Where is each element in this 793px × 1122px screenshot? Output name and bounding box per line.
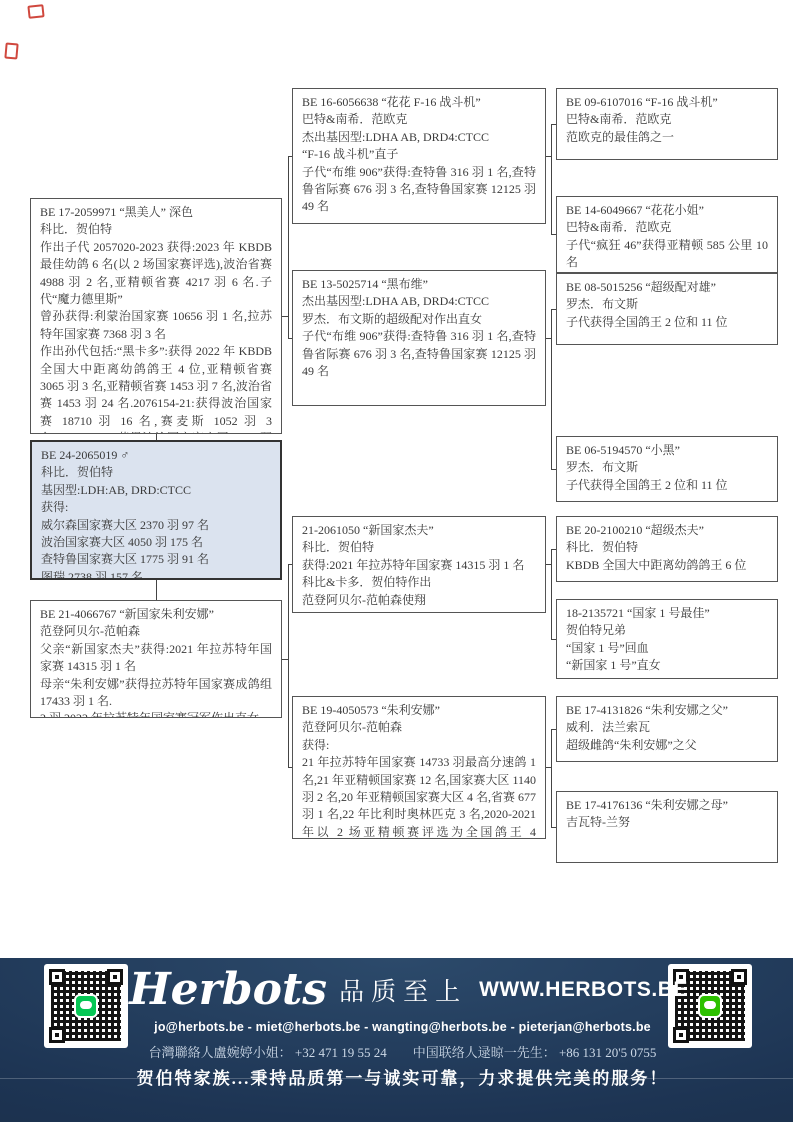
connector-line (288, 156, 292, 157)
qr-finder (49, 969, 65, 985)
pedigree-box-dam-sire: 21-2061050 “新国家杰夫”科比．贺伯特获得:2021 年拉苏特年国家赛… (292, 516, 546, 613)
text-line: 作出子代 2057020-2023 获得:2023 年 KBDB 最佳幼鸽 6 … (40, 239, 272, 309)
pedigree-box-ds-dam: 18-2135721 “国家 1 号最佳”贺伯特兄弟“国家 1 号”回血“新国家… (556, 599, 778, 679)
box-lines: BE 17-4176136 “朱利安娜之母”吉瓦特-兰努 (566, 797, 768, 832)
text-line: 子代“疯狂 46”获得亚精顿 585 公里 10 名 (566, 237, 768, 272)
text-line: BE 17-4176136 “朱利安娜之母” (566, 797, 768, 814)
qr-code-line (44, 964, 128, 1048)
text-line: 查特鲁国家赛大区 1775 羽 91 名 (41, 551, 271, 568)
connector-line (551, 729, 556, 730)
box-lines: BE 16-6056638 “花花 F-16 战斗机”巴特&南希．范欧克杰出基因… (302, 94, 536, 216)
footer-divider (0, 1078, 793, 1079)
text-line: BE 13-5025714 “黑布维” (302, 276, 536, 293)
text-line: “国家 1 号”回血 (566, 640, 768, 657)
connector-line (551, 639, 556, 640)
qr-finder (731, 969, 747, 985)
text-line: 巴特&南希．范欧克 (566, 219, 768, 236)
pedigree-box-dd-sire: BE 17-4131826 “朱利安娜之父”威利．法兰索瓦超级雌鸽“朱利安娜”之… (556, 696, 778, 762)
text-line: 获得: (302, 737, 536, 754)
connector-line (551, 124, 556, 125)
box-lines: BE 14-6049667 “花花小姐”巴特&南希．范欧克子代“疯狂 46”获得… (566, 202, 768, 272)
connector-line (551, 234, 556, 235)
text-line: “新国家 1 号”直女 (566, 657, 768, 674)
connector-line (156, 580, 157, 600)
text-line: BE 14-6049667 “花花小姐” (566, 202, 768, 219)
text-line: 母亲“朱利安娜”获得拉苏特年国家赛成鸽组 17433 羽 1 名. (40, 676, 272, 711)
contact-china: 中国联络人逯晾一先生： +86 131 20'5 0755 (413, 1042, 657, 1061)
pedigree-box-subject: BE 24-2065019 ♂科比．贺伯特基因型:LDH:AB, DRD:CTC… (30, 440, 282, 580)
text-line: KBDB 全国大中距离幼鸽鸽王 6 位 (566, 557, 768, 574)
pedigree-box-ss-dam: BE 14-6049667 “花花小姐”巴特&南希．范欧克子代“疯狂 46”获得… (556, 196, 778, 273)
text-line: 获得:2021 年拉苏特年国家赛 14315 羽 1 名 (302, 557, 536, 574)
text-line: 子代获得全国鸽王 2 位和 11 位 (566, 314, 768, 331)
text-line: 获得: (41, 499, 271, 516)
text-line: 罗杰．布文斯 (566, 459, 768, 476)
text-line: 科比．贺伯特 (41, 464, 271, 481)
box-lines: BE 06-5194570 “小黑”罗杰．布文斯子代获得全国鸽王 2 位和 11… (566, 442, 768, 494)
connector-line (288, 564, 292, 565)
text-line: 基因型:LDH:AB, DRD:CTCC (41, 482, 271, 499)
text-line: 图瑞 2738 羽 157 名 (41, 569, 271, 580)
red-mark (4, 42, 18, 59)
box-lines: BE 13-5025714 “黑布维”杰出基因型:LDHA AB, DRD4:C… (302, 276, 536, 380)
text-line: “F-16 战斗机”直子 (302, 146, 536, 163)
text-line: BE 09-6107016 “F-16 战斗机” (566, 94, 768, 111)
text-line: 作出孙代包括:“黑卡多”:获得 2022 年 KBDB 全国大中距离幼鸽鸽王 4… (40, 343, 272, 434)
text-line: 杰出基因型:LDHA AB, DRD4:CTCC (302, 129, 536, 146)
box-lines: BE 21-4066767 “新国家朱利安娜”范登阿贝尔-范帕森父亲“新国家杰夫… (40, 606, 272, 718)
connector-line (288, 564, 289, 768)
connector-line (288, 156, 289, 339)
qr-code-wechat (668, 964, 752, 1048)
pedigree-box-sd-dam: BE 06-5194570 “小黑”罗杰．布文斯子代获得全国鸽王 2 位和 11… (556, 436, 778, 502)
text-line: 罗杰．布文斯的超级配对作出直女 (302, 311, 536, 328)
contact-taiwan: 台灣聯絡人盧婉婷小姐： +32 471 19 55 24 (149, 1042, 387, 1061)
pedigree-box-sire-dam: BE 13-5025714 “黑布维”杰出基因型:LDHA AB, DRD4:C… (292, 270, 546, 406)
connector-line (288, 338, 292, 339)
text-line: 杰出基因型:LDHA AB, DRD4:CTCC (302, 293, 536, 310)
pedigree-page: BE 17-2059971 “黑美人” 深色科比．贺伯特作出子代 2057020… (0, 0, 793, 1122)
qr-finder (107, 969, 123, 985)
brand-row: Herbots 品质至上 WWW.HERBOTS.BE (140, 962, 665, 1018)
connector-line (551, 309, 556, 310)
text-line: BE 24-2065019 ♂ (41, 447, 271, 464)
text-line: 科比&卡多．贺伯特作出 (302, 574, 536, 591)
text-line: 子代“布维 906”获得:查特鲁 316 羽 1 名,查特鲁省际赛 676 羽 … (302, 328, 536, 380)
brand-logo-text: Herbots (129, 968, 327, 1012)
wechat-icon (698, 994, 722, 1018)
box-lines: 18-2135721 “国家 1 号最佳”贺伯特兄弟“国家 1 号”回血“新国家… (566, 605, 768, 675)
text-line: 巴特&南希．范欧克 (302, 111, 536, 128)
pedigree-box-sire-sire: BE 16-6056638 “花花 F-16 战斗机”巴特&南希．范欧克杰出基因… (292, 88, 546, 224)
qr-finder (49, 1027, 65, 1043)
text-line: BE 06-5194570 “小黑” (566, 442, 768, 459)
text-line: 科比．贺伯特 (302, 539, 536, 556)
text-line: 范欧克的最佳鸽之一 (566, 129, 768, 146)
text-line: 曾孙获得:利蒙治国家赛 10656 羽 1 名,拉苏特年国家赛 7368 羽 3… (40, 308, 272, 343)
text-line: 科比．贺伯特 (40, 221, 272, 238)
text-line: 威尔森国家赛大区 2370 羽 97 名 (41, 517, 271, 534)
text-line: 威利．法兰索瓦 (566, 719, 768, 736)
footer-banner: Herbots 品质至上 WWW.HERBOTS.BE jo@herbots.b… (0, 958, 793, 1122)
text-line: 范登阿贝尔-范帕森 (302, 719, 536, 736)
red-mark (27, 4, 44, 19)
text-line: 子代“布维 906”获得:查特鲁 316 羽 1 名,查特鲁省际赛 676 羽 … (302, 164, 536, 216)
text-line: BE 19-4050573 “朱利安娜” (302, 702, 536, 719)
connector-line (156, 434, 157, 440)
connector-line (551, 309, 552, 470)
box-lines: 21-2061050 “新国家杰夫”科比．贺伯特获得:2021 年拉苏特年国家赛… (302, 522, 536, 609)
text-line: 21-2061050 “新国家杰夫” (302, 522, 536, 539)
connector-line (551, 827, 556, 828)
text-line: BE 20-2100210 “超级杰夫” (566, 522, 768, 539)
connector-line (551, 549, 556, 550)
pedigree-box-sire: BE 17-2059971 “黑美人” 深色科比．贺伯特作出子代 2057020… (30, 198, 282, 434)
text-line: BE 21-4066767 “新国家朱利安娜” (40, 606, 272, 623)
connector-line (551, 124, 552, 235)
contact-line: 台灣聯絡人盧婉婷小姐： +32 471 19 55 24 中国联络人逯晾一先生：… (130, 1042, 675, 1061)
pedigree-box-dd-dam: BE 17-4176136 “朱利安娜之母”吉瓦特-兰努 (556, 791, 778, 863)
text-line: 21 年拉苏特年国家赛 14733 羽最高分速鸽 1 名,21 年亚精顿国家赛 … (302, 754, 536, 839)
pedigree-box-ds-sire: BE 20-2100210 “超级杰夫”科比．贺伯特KBDB 全国大中距离幼鸽鸽… (556, 516, 778, 582)
text-line: 罗杰．布文斯 (566, 296, 768, 313)
box-lines: BE 08-5015256 “超级配对雄”罗杰．布文斯子代获得全国鸽王 2 位和… (566, 279, 768, 331)
line-icon (74, 994, 98, 1018)
text-line: 子代获得全国鸽王 2 位和 11 位 (566, 477, 768, 494)
text-line: 吉瓦特-兰努 (566, 814, 768, 831)
connector-line (288, 767, 292, 768)
brand-tagline: 品质至上 (339, 972, 467, 1008)
pedigree-box-sd-sire: BE 08-5015256 “超级配对雄”罗杰．布文斯子代获得全国鸽王 2 位和… (556, 273, 778, 345)
text-line: 巴特&南希．范欧克 (566, 111, 768, 128)
box-lines: BE 19-4050573 “朱利安娜”范登阿贝尔-范帕森获得:21 年拉苏特年… (302, 702, 536, 839)
pedigree-box-dam: BE 21-4066767 “新国家朱利安娜”范登阿贝尔-范帕森父亲“新国家杰夫… (30, 600, 282, 718)
text-line: BE 17-4131826 “朱利安娜之父” (566, 702, 768, 719)
text-line: BE 17-2059971 “黑美人” 深色 (40, 204, 272, 221)
text-line: 超级雌鸽“朱利安娜”之父 (566, 737, 768, 754)
text-line: 范登阿贝尔-范帕森 (40, 623, 272, 640)
qr-finder (673, 1027, 689, 1043)
box-lines: BE 17-2059971 “黑美人” 深色科比．贺伯特作出子代 2057020… (40, 204, 272, 434)
text-line: BE 08-5015256 “超级配对雄” (566, 279, 768, 296)
text-line: 贺伯特兄弟 (566, 622, 768, 639)
text-line: 18-2135721 “国家 1 号最佳” (566, 605, 768, 622)
box-lines: BE 17-4131826 “朱利安娜之父”威利．法兰索瓦超级雌鸽“朱利安娜”之… (566, 702, 768, 754)
box-lines: BE 24-2065019 ♂科比．贺伯特基因型:LDH:AB, DRD:CTC… (41, 447, 271, 580)
text-line: 科比．贺伯特 (566, 539, 768, 556)
website-text: WWW.HERBOTS.BE (479, 978, 688, 1002)
text-line: BE 16-6056638 “花花 F-16 战斗机” (302, 94, 536, 111)
text-line: 范登阿贝尔-范帕森使翔 (302, 592, 536, 609)
text-line: 2 羽 2022 年拉苏特年国家赛冠军作出直女 (40, 710, 272, 718)
connector-line (551, 549, 552, 640)
connector-line (551, 469, 556, 470)
box-lines: BE 20-2100210 “超级杰夫”科比．贺伯特KBDB 全国大中距离幼鸽鸽… (566, 522, 768, 574)
email-list: jo@herbots.be - miet@herbots.be - wangti… (140, 1020, 665, 1034)
text-line: 父亲“新国家杰夫”获得:2021 年拉苏特年国家赛 14315 羽 1 名 (40, 641, 272, 676)
box-lines: BE 09-6107016 “F-16 战斗机”巴特&南希．范欧克范欧克的最佳鸽… (566, 94, 768, 146)
text-line: 波治国家赛大区 4050 羽 175 名 (41, 534, 271, 551)
slogan-text: 贺伯特家族...秉持品质第一与诚实可靠，力求提供完美的服务！ (100, 1064, 705, 1089)
connector-line (551, 729, 552, 828)
pedigree-box-dam-dam: BE 19-4050573 “朱利安娜”范登阿贝尔-范帕森获得:21 年拉苏特年… (292, 696, 546, 839)
pedigree-box-ss-sire: BE 09-6107016 “F-16 战斗机”巴特&南希．范欧克范欧克的最佳鸽… (556, 88, 778, 160)
